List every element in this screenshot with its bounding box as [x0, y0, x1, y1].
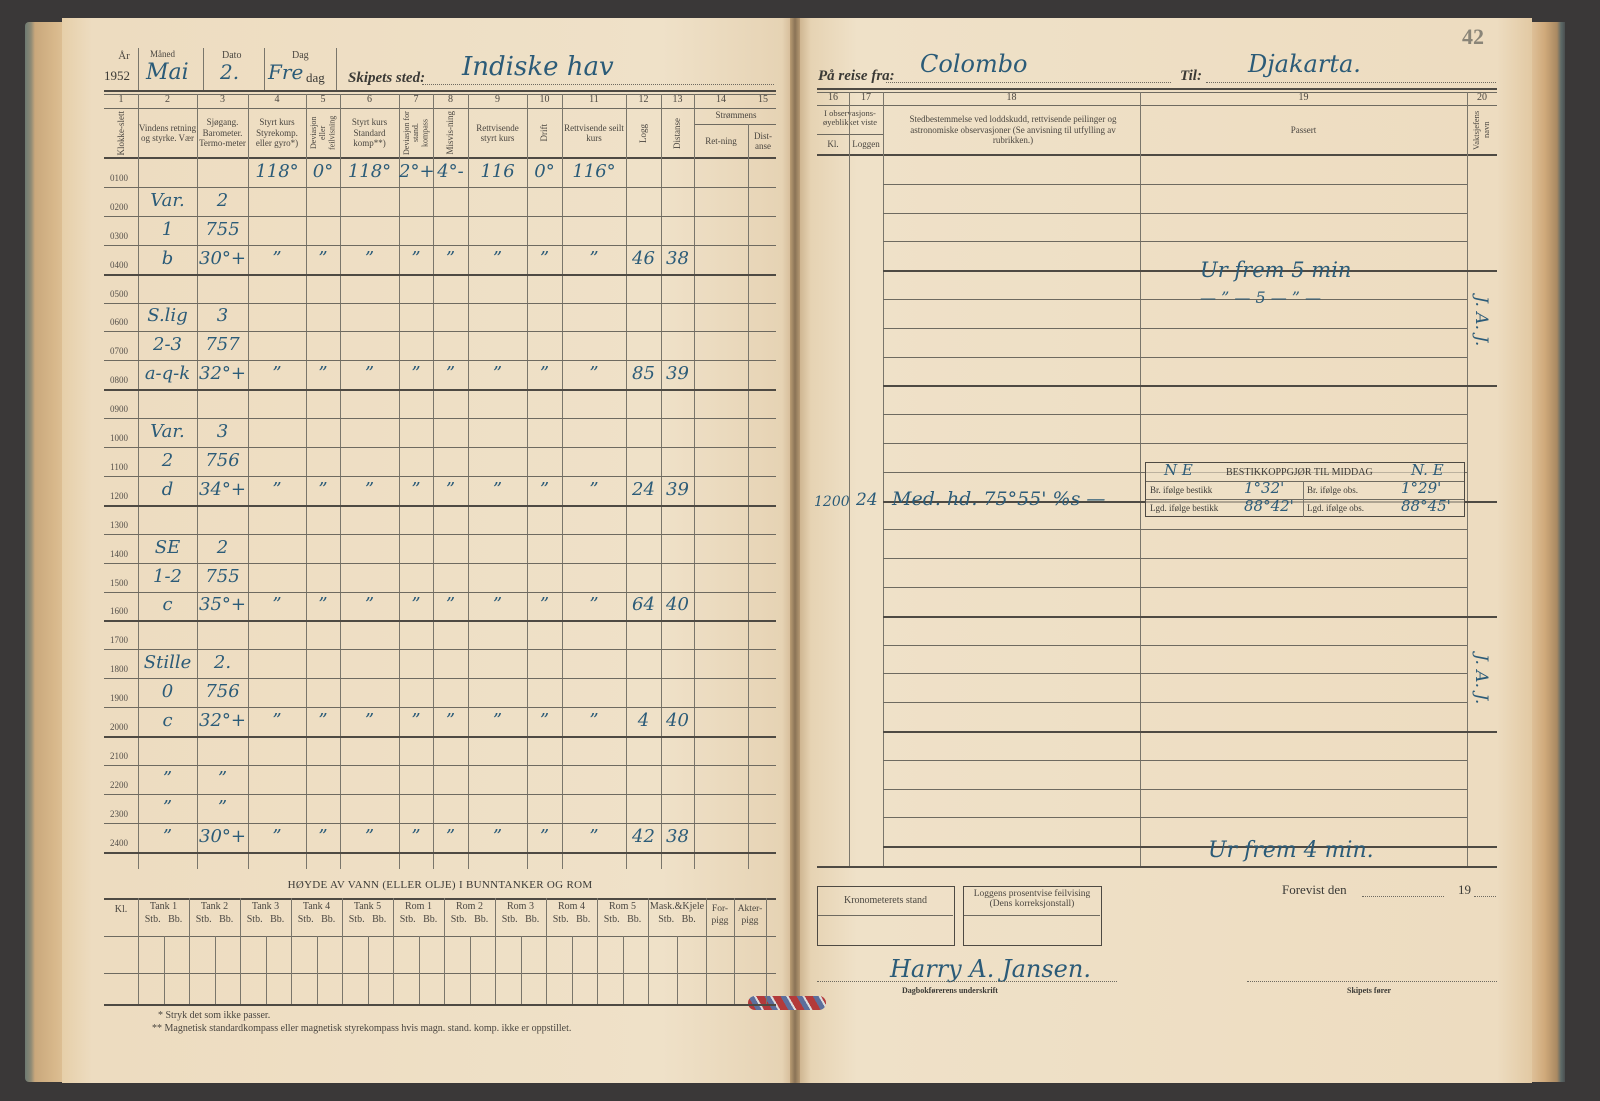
grid-line [1467, 92, 1468, 867]
header-kl: Kl. [817, 140, 849, 150]
row-rule [883, 789, 1467, 790]
header-log: Logg [638, 124, 648, 143]
row-rule [104, 303, 776, 304]
row-rule [883, 270, 1497, 272]
tank-group-label: Tank 3 [240, 901, 291, 914]
log-cell-sea: ” [197, 797, 248, 818]
chronometer-label: Kronometerets stand [818, 895, 953, 906]
log-cell-sea: 2 [197, 537, 248, 558]
tank-group-label: Rom 3 [495, 901, 546, 914]
grid-line [748, 124, 749, 869]
lgd-dr-label: Lgd. ifølge bestikk [1150, 503, 1218, 513]
log-cell-c6: ” [340, 363, 399, 384]
row-time: 0900 [104, 404, 134, 414]
row-rule [104, 216, 776, 217]
row-rule [104, 852, 776, 854]
column-number: 19 [1140, 92, 1467, 106]
log-cell-c7: 2°+ [399, 161, 433, 182]
grid-line [1140, 92, 1141, 867]
log-cell-dist: 39 [661, 479, 694, 500]
log-cell-wind: 0 [138, 681, 197, 702]
row-rule [883, 731, 1497, 733]
column-number: 20 [1467, 92, 1497, 106]
grid-line [1303, 481, 1304, 517]
tank-group-label: Tank 1 [138, 901, 189, 914]
row-rule [883, 357, 1467, 358]
row-rule [883, 673, 1467, 674]
log-cell-c6: ” [340, 594, 399, 615]
forevist-label: Forevist den [1282, 882, 1347, 898]
row-rule [883, 558, 1467, 559]
forevist-year: 19 [1458, 882, 1471, 898]
row-rule [104, 505, 776, 507]
header-wind: Vindens retning og styrke. Vær [138, 109, 197, 157]
row-rule [104, 649, 776, 650]
row-rule [104, 360, 776, 361]
lgd-dr-value: 88°42' [1244, 497, 1294, 515]
log-cell-c6: ” [340, 479, 399, 500]
tank-side-labels: Stb. Bb. [597, 914, 648, 927]
log-cell-log: 42 [626, 826, 661, 847]
row-rule [883, 299, 1467, 300]
header-klokkeslett: Klokke-slett [116, 111, 126, 156]
from-value: Colombo [920, 50, 1028, 78]
rule [964, 915, 1100, 916]
day-value: Fre [268, 60, 303, 84]
row-rule [883, 328, 1467, 329]
row-rule [104, 274, 776, 276]
log-cell-c8: ” [433, 248, 468, 269]
log-cell-wind: SE [138, 537, 197, 558]
row-time: 0400 [104, 260, 134, 270]
column-number: 7 [399, 94, 433, 108]
tank-header: Rom 1Stb. Bb. [393, 901, 444, 939]
column-number: 5 [306, 94, 340, 108]
header-current-distance: Dist-anse [748, 126, 778, 156]
tank-side-labels: Stb. Bb. [291, 914, 342, 927]
tanks-title: HØYDE AV VANN (ELLER OLJE) I BUNNTANKER … [104, 879, 776, 891]
row-time: 1800 [104, 664, 134, 674]
header-position-determination: Stedbestemmelse ved loddskudd, rettvisen… [893, 106, 1133, 154]
br-obs-value: 1°29' [1401, 479, 1441, 497]
column-number: 11 [562, 94, 626, 108]
grid-line [317, 936, 318, 1004]
log-cell-c11: ” [562, 710, 626, 731]
log-cell-dist: 39 [661, 363, 694, 384]
row-rule [883, 184, 1467, 185]
log-cell-c9: 116 [468, 161, 527, 182]
header-drift: Drift [539, 124, 549, 142]
row-time: 2200 [104, 780, 134, 790]
column-number: 8 [433, 94, 468, 108]
dotted-line [1474, 896, 1496, 897]
grid-line [694, 94, 695, 869]
log-cell-wind: Var. [138, 421, 197, 442]
tank-header: Tank 1Stb. Bb. [138, 901, 189, 939]
tank-forpigg-label: For-pigg [706, 904, 734, 942]
dotted-line [1362, 896, 1444, 897]
dotted-line [1206, 82, 1496, 83]
row-rule [104, 794, 776, 795]
log-cell-wind: Stille [138, 652, 197, 673]
column-number: 1 [104, 94, 138, 108]
header-loggen: Loggen [849, 140, 883, 150]
chronometer-box: Kronometerets stand [817, 886, 955, 946]
log-cell-sea: 30°+ [197, 826, 248, 847]
column-number: 18 [883, 92, 1140, 106]
row-rule [883, 760, 1467, 761]
log-cell-sea: 756 [197, 681, 248, 702]
row-time: 1500 [104, 578, 134, 588]
row-time: 1600 [104, 606, 134, 616]
log-cell-log: 46 [626, 248, 661, 269]
log-error-box: Loggens prosentvise feilvising (Dens kor… [963, 886, 1102, 946]
column-number: 12 [626, 94, 661, 108]
grid-line [883, 92, 884, 867]
log-cell-wind: c [138, 594, 197, 615]
log-cell-c6: 118° [340, 161, 399, 182]
lgd-obs-label: Lgd. ifølge obs. [1307, 503, 1364, 513]
log-cell-c7: ” [399, 248, 433, 269]
tank-kl-label: Kl. [104, 904, 138, 942]
column-number: 6 [340, 94, 399, 108]
grid-line [677, 936, 678, 1004]
log-cell-wind: ” [138, 768, 197, 789]
log-cell-wind: S.lig [138, 305, 197, 326]
header-steered-course-gyro: Styrt kurs Styrekomp. eller gyro*) [248, 109, 306, 157]
log-cell-dist: 40 [661, 710, 694, 731]
rule [817, 154, 1497, 156]
log-cell-sea: 2. [197, 652, 248, 673]
to-label: Til: [1180, 68, 1202, 85]
tank-header: Mask.&KjeleStb. Bb. [648, 901, 706, 939]
log-cell-c9: ” [468, 826, 527, 847]
tank-header: Rom 3Stb. Bb. [495, 901, 546, 939]
log-cell-c6: ” [340, 710, 399, 731]
tank-header: Rom 2Stb. Bb. [444, 901, 495, 939]
log-error-label: Loggens prosentvise feilvising (Dens kor… [964, 889, 1100, 910]
row-rule [104, 678, 776, 679]
dotted-line [422, 84, 774, 85]
log-cell-sea: 756 [197, 450, 248, 471]
log-cell-c4: ” [248, 594, 306, 615]
footnote-1: * Stryk det som ikke passer. [158, 1010, 270, 1021]
tank-side-labels: Stb. Bb. [240, 914, 291, 927]
tank-side-labels: Stb. Bb. [495, 914, 546, 927]
log-cell-sea: 30°+ [197, 248, 248, 269]
tank-side-labels: Stb. Bb. [342, 914, 393, 927]
log-cell-c5: ” [306, 710, 340, 731]
tank-group-label: Tank 2 [189, 901, 240, 914]
rule [104, 157, 776, 159]
row-rule [104, 707, 776, 708]
log-cell-log: 85 [626, 363, 661, 384]
tank-group-label: Tank 4 [291, 901, 342, 914]
log-cell-sea: 755 [197, 566, 248, 587]
log-cell-sea: 32°+ [197, 710, 248, 731]
row-rule [883, 529, 1467, 530]
row-rule [883, 414, 1467, 415]
divider [138, 48, 139, 90]
column-number: 16 [817, 92, 849, 106]
tank-group-label: Rom 4 [546, 901, 597, 914]
log-cell-sea: ” [197, 768, 248, 789]
row-time: 1400 [104, 549, 134, 559]
row-rule [104, 620, 776, 622]
tank-group-label: Rom 1 [393, 901, 444, 914]
row-time: 1300 [104, 520, 134, 530]
row-time: 1700 [104, 635, 134, 645]
grid-line [266, 936, 267, 1004]
noon-hemisphere-right: N. E [1411, 461, 1444, 479]
header-true-steered-course: Rettvisende styrt kurs [468, 109, 527, 157]
dotted-line [1247, 981, 1497, 982]
log-cell-wind: d [138, 479, 197, 500]
row-rule [104, 418, 776, 419]
grid-line [521, 936, 522, 1004]
log-cell-dist: 38 [661, 826, 694, 847]
row-rule [883, 385, 1497, 387]
log-cell-log: 24 [626, 479, 661, 500]
noon-reckoning-box: N E BESTIKKOPPGJØR TIL MIDDAG N. E Br. i… [1145, 462, 1465, 517]
tank-header: Rom 5Stb. Bb. [597, 901, 648, 939]
header-current: Strømmens [694, 111, 778, 121]
column-number: 10 [527, 94, 562, 108]
tank-group-label: Rom 5 [597, 901, 648, 914]
page-number: 42 [1462, 24, 1484, 50]
dotted-line [886, 82, 1171, 83]
log-cell-c11: 116° [562, 161, 626, 182]
row-rule [104, 245, 776, 246]
position-value: Indiske hav [462, 52, 614, 82]
tank-akterpigg-label: Akter-pigg [734, 904, 766, 942]
log-cell-sea: 2 [197, 190, 248, 211]
noon-hemisphere-left: N E [1164, 461, 1193, 479]
row-time: 1000 [104, 433, 134, 443]
passert-note-0500: — ” — 5 — ” — [1200, 288, 1321, 307]
log-cell-sea: 34°+ [197, 479, 248, 500]
header-true-sailed-course: Rettvisende seilt kurs [562, 109, 626, 157]
obs-loggen: 24 [856, 490, 878, 510]
row-rule [883, 587, 1467, 588]
row-time: 0300 [104, 231, 134, 241]
log-cell-c11: ” [562, 248, 626, 269]
log-cell-c9: ” [468, 479, 527, 500]
row-time: 1100 [104, 462, 134, 472]
column-number: 13 [661, 94, 694, 108]
log-cell-c8: 4°- [433, 161, 468, 182]
log-cell-c11: ” [562, 363, 626, 384]
br-dr-value: 1°32' [1244, 479, 1284, 497]
log-cell-c4: ” [248, 710, 306, 731]
rule [104, 898, 776, 900]
tank-side-labels: Stb. Bb. [138, 914, 189, 927]
divider [264, 48, 265, 90]
rule [817, 866, 1497, 868]
log-cell-c7: ” [399, 826, 433, 847]
log-cell-sea: 3 [197, 305, 248, 326]
log-cell-sea: 32°+ [197, 363, 248, 384]
log-cell-c6: ” [340, 248, 399, 269]
grid-line [164, 936, 165, 1004]
rule [817, 88, 1497, 90]
tank-header: Tank 3Stb. Bb. [240, 901, 291, 939]
header-sea-barometer: Sjøgang. Barometer. Termo-meter [197, 109, 248, 157]
log-cell-wind: c [138, 710, 197, 731]
passert-note-2400: Ur frem 4 min. [1208, 838, 1374, 863]
column-number: 15 [748, 94, 778, 108]
log-cell-c6: ” [340, 826, 399, 847]
grid-line [368, 936, 369, 1004]
log-cell-wind: Var. [138, 190, 197, 211]
log-cell-wind: 2 [138, 450, 197, 471]
log-cell-c8: ” [433, 479, 468, 500]
log-cell-sea: 35°+ [197, 594, 248, 615]
year-value: 1952 [104, 68, 130, 84]
log-cell-c10: ” [527, 479, 562, 500]
tank-group-label: Tank 5 [342, 901, 393, 914]
log-cell-c11: ” [562, 479, 626, 500]
watch-officer-signature-2: J. A. J. [1470, 654, 1496, 704]
row-rule [883, 616, 1497, 618]
divider [203, 48, 204, 90]
row-time: 2100 [104, 751, 134, 761]
row-time: 2400 [104, 838, 134, 848]
tank-side-labels: Stb. Bb. [393, 914, 444, 927]
log-cell-wind: b [138, 248, 197, 269]
month-label: Måned [150, 50, 175, 60]
log-cell-dist: 40 [661, 594, 694, 615]
log-cell-c4: ” [248, 248, 306, 269]
day-suffix: dag [306, 70, 325, 86]
row-time: 0200 [104, 202, 134, 212]
log-cell-c10: ” [527, 826, 562, 847]
br-obs-label: Br. ifølge obs. [1307, 485, 1358, 495]
row-rule [883, 213, 1467, 214]
log-cell-log: 4 [626, 710, 661, 731]
log-cell-c4: 118° [248, 161, 306, 182]
row-rule [104, 534, 776, 535]
date-value: 2. [220, 60, 239, 84]
column-number: 3 [197, 94, 248, 108]
row-rule [104, 447, 776, 448]
position-label: Skipets sted: [348, 70, 425, 87]
tank-header: Tank 5Stb. Bb. [342, 901, 393, 939]
log-cell-c8: ” [433, 363, 468, 384]
row-rule [104, 736, 776, 738]
row-time: 0500 [104, 289, 134, 299]
log-cell-sea: 3 [197, 421, 248, 442]
to-value: Djakarta. [1248, 50, 1361, 78]
grid-line [470, 936, 471, 1004]
row-rule [883, 846, 1497, 848]
row-rule [104, 476, 776, 477]
lgd-obs-value: 88°45' [1401, 497, 1451, 515]
rule [104, 973, 776, 974]
tank-side-labels: Stb. Bb. [648, 914, 706, 927]
log-cell-c11: ” [562, 826, 626, 847]
log-cell-c7: ” [399, 710, 433, 731]
log-cell-wind: ” [138, 797, 197, 818]
row-rule [104, 592, 776, 593]
header-steered-course-standard: Styrt kurs Standard komp**) [340, 109, 399, 157]
obs-kl: 1200 [814, 494, 850, 510]
tank-group-label: Rom 2 [444, 901, 495, 914]
log-cell-c5: 0° [306, 161, 340, 182]
tank-header: Tank 2Stb. Bb. [189, 901, 240, 939]
log-cell-c9: ” [468, 594, 527, 615]
row-time: 0800 [104, 375, 134, 385]
row-rule [883, 443, 1467, 444]
log-cell-log: 64 [626, 594, 661, 615]
header-current-direction: Ret-ning [694, 126, 748, 156]
rule [104, 1004, 776, 1006]
row-rule [104, 389, 776, 391]
log-cell-c9: ” [468, 710, 527, 731]
binding-cord [748, 996, 826, 1010]
row-rule [883, 702, 1467, 703]
rule [104, 90, 776, 92]
tank-group-label: Mask.&Kjele [648, 901, 706, 914]
log-cell-c10: ” [527, 594, 562, 615]
row-time: 2000 [104, 722, 134, 732]
column-number: 14 [694, 94, 748, 108]
column-number: 17 [849, 92, 883, 106]
watch-officer-signature-1: J. A. J. [1470, 296, 1496, 346]
column-number: 2 [138, 94, 197, 108]
row-rule [883, 817, 1467, 818]
row-time: 2300 [104, 809, 134, 819]
log-cell-c10: ” [527, 710, 562, 731]
column-number: 9 [468, 94, 527, 108]
column-number: 4 [248, 94, 306, 108]
log-cell-wind: 1-2 [138, 566, 197, 587]
divider [336, 48, 337, 90]
log-cell-c5: ” [306, 594, 340, 615]
tank-side-labels: Stb. Bb. [546, 914, 597, 927]
header-variation: Misvis-ning [445, 111, 455, 155]
grid-line [849, 92, 850, 867]
footnote-2: ** Magnetisk standardkompass eller magne… [152, 1023, 571, 1034]
row-time: 0700 [104, 346, 134, 356]
log-cell-c9: ” [468, 363, 527, 384]
row-time: 0100 [104, 173, 134, 183]
row-time: 0600 [104, 317, 134, 327]
tank-header: Tank 4Stb. Bb. [291, 901, 342, 939]
grid-line [623, 936, 624, 1004]
log-cell-sea: 755 [197, 219, 248, 240]
from-label: På reise fra: [818, 68, 895, 85]
log-cell-wind: 2-3 [138, 334, 197, 355]
row-rule [104, 823, 776, 824]
row-rule [104, 331, 776, 332]
log-cell-c5: ” [306, 826, 340, 847]
row-time: 1200 [104, 491, 134, 501]
log-cell-c10: ” [527, 248, 562, 269]
log-cell-c7: ” [399, 479, 433, 500]
log-cell-c10: 0° [527, 161, 562, 182]
row-rule [883, 241, 1467, 242]
log-cell-c5: ” [306, 363, 340, 384]
tank-side-labels: Stb. Bb. [189, 914, 240, 927]
header-passert: Passert [1140, 106, 1467, 154]
row-rule [883, 645, 1467, 646]
log-cell-wind: a-q-k [138, 363, 197, 384]
noon-box-title: BESTIKKOPPGJØR TIL MIDDAG [1226, 467, 1373, 478]
log-cell-c8: ” [433, 594, 468, 615]
log-cell-c5: ” [306, 479, 340, 500]
logkeeper-signature: Harry A. Jansen. [890, 955, 1091, 983]
